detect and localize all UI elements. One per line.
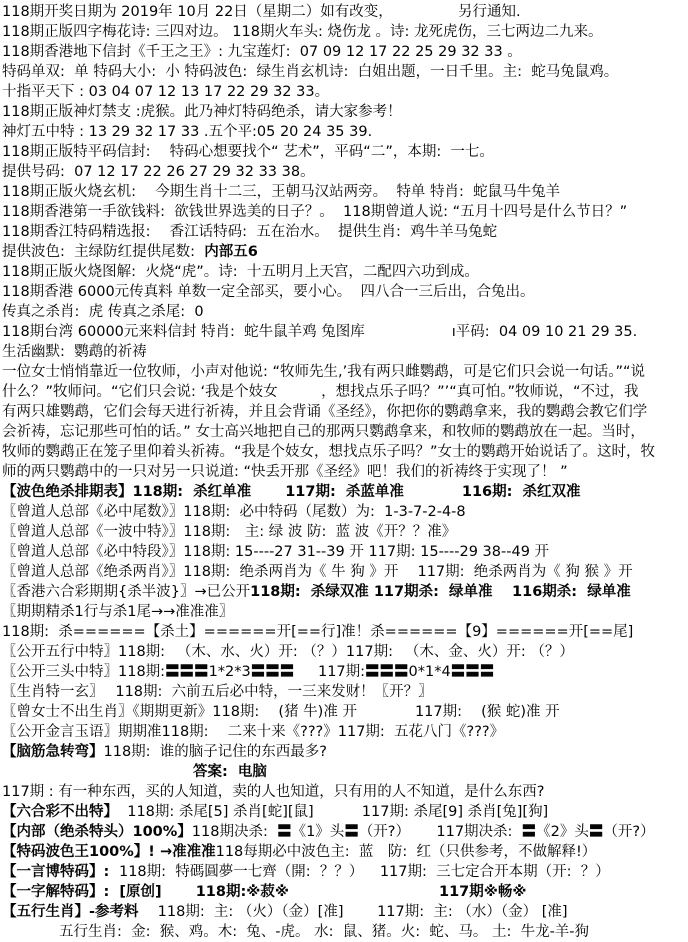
- text-segment: 118期台湾 60000元来料信封 特肖: 蛇牛鼠羊鸡 兔图库 ı平码: 04 …: [2, 324, 637, 340]
- text-line: 118期香江特码精选报: 香江话特码: 五在治水。 提供生肖: 鸡牛羊马兔蛇: [2, 222, 688, 242]
- text-segment: 〓〓〓: [365, 664, 409, 680]
- document-body: 118期开奖日期为 2019年 10月 22日（星期二）如有改变， 另行通知.1…: [2, 2, 688, 942]
- text-segment: 《1》头: [292, 824, 345, 840]
- text-segment: 【一字解特码】: [原创] 118期:※菽※ 117期※畅※: [2, 884, 526, 900]
- text-line: 〖公开三头中特〗118期:〓〓〓1*2*3〓〓〓 117期:〓〓〓0*1*4〓〓…: [2, 662, 688, 682]
- text-segment: 〖曾道人总部《必中特段》〗118期: 15----27 31--39 开 117…: [2, 544, 549, 560]
- text-segment: 【五行生肖】-参考料: [2, 904, 139, 920]
- text-segment: 118期决杀:: [192, 824, 277, 840]
- text-line: 牧师的鹦鹉正在笼子里仰着头祈祷。“我是个妓女，想找点乐子吗？”女士的鹦鹉开始说话…: [2, 442, 688, 462]
- text-segment: 117期 : 有一种东西，买的人知道，卖的人也知道，只有用的人不知道，是什么东西…: [2, 784, 544, 800]
- text-segment: 〖曾道人总部《一波中特》〗118期: 主: 绿 波 防: 蓝 波《开？？准》: [2, 524, 456, 540]
- text-segment: 答案: 电脑: [193, 764, 267, 780]
- text-segment: 1*2*3: [209, 664, 251, 680]
- text-segment: 【六合彩不出特】: [2, 804, 118, 820]
- text-segment: 118期香江特码精选报: 香江话特码: 五在治水。 提供生肖: 鸡牛羊马兔蛇: [2, 224, 497, 240]
- text-segment: 118期: 特碼圓夢一七齊（開: ？？） 117期: 三七定合开本期（开: ？）: [114, 864, 609, 880]
- text-segment: 【波色绝杀排期表】118期: 杀红单准 117期: 杀蓝单准 116期: 杀红双…: [2, 484, 581, 500]
- text-segment: 牧师的鹦鹉正在笼子里仰着头祈祷。“我是个妓女，想找点乐子吗？”女士的鹦鹉开始说话…: [2, 444, 655, 460]
- text-segment: 0*1*4: [409, 664, 451, 680]
- text-segment: 117期:: [294, 664, 365, 680]
- text-segment: 118期正版神灯禁支 :虎猴。此乃神灯特码绝杀，请大家参考！: [2, 104, 402, 120]
- text-line: 118期正版火烧图解: 火烧“虎”。诗: 十五明月上天宫，二配四六功到成。: [2, 262, 688, 282]
- text-line: 118期香港 6000元传真料 单数一定全部买，要小心。 四八合一三后出，合兔出…: [2, 282, 688, 302]
- text-segment: 〖生肖特一玄〗 118期: 六前五后必中特，一三来发财！〖开？〗: [2, 684, 433, 700]
- text-segment: 什么？”牧师问。“它们只会说: ‘我是个妓女 ，想找点乐子吗？”’“真可怕。”牧…: [2, 384, 639, 400]
- text-segment: （开?） 117期决杀:: [359, 824, 522, 840]
- text-line: 【五行生肖】-参考料 118期: 主: （火）（金）[准] 117期: 主: （…: [2, 902, 688, 922]
- text-segment: 118期: 杀绿双准 117期杀: 绿单准 116期杀: 绿单准: [250, 584, 631, 600]
- text-line: 〖生肖特一玄〗 118期: 六前五后必中特，一三来发财！〖开？〗: [2, 682, 688, 702]
- text-line: 〖公开金言玉语〗期期准118期: 二来十来《???》117期: 五花八门《???…: [2, 722, 688, 742]
- text-line: 〖曾道人总部《一波中特》〗118期: 主: 绿 波 防: 蓝 波《开？？准》: [2, 522, 688, 542]
- text-line: 118期台湾 60000元来料信封 特肖: 蛇牛鼠羊鸡 兔图库 ı平码: 04 …: [2, 322, 688, 342]
- text-segment: 〓: [522, 824, 537, 840]
- text-line: 提供波色: 主绿防红提供尾数: 内部五6: [2, 242, 688, 262]
- text-segment: 118期开奖日期为 2019年 10月 22日（星期二）如有改变， 另行通知.: [2, 4, 521, 20]
- text-line: 会祈祷，忘记那些可怕的话。” 女士高兴地把自己的那两只鹦鹉拿来，和牧师的鹦鹉放在…: [2, 422, 688, 442]
- text-segment: 《2》头: [536, 824, 589, 840]
- text-segment: 118期香港地下信封《千王之王》: 九宝莲灯: 07 09 12 17 22 2…: [2, 44, 522, 60]
- text-line: 生活幽默: 鹦鹉的祈祷: [2, 342, 688, 362]
- text-line: 提供号码: 07 12 17 22 26 27 29 32 33 38。: [2, 162, 688, 182]
- text-segment: 118期香港第一手欲钱料: 欲钱世界选美的日子？。 118期曾道人说: “五月十…: [2, 204, 627, 220]
- text-segment: 118每期必中波色主: 蓝 防: 红（只供参考，不做解释!）: [216, 844, 597, 860]
- text-segment: 〓〓〓: [165, 664, 209, 680]
- text-segment: 〖公开五行中特〗118期: （木、水、火）开: （？）117期: （木、金、火）…: [2, 644, 574, 660]
- text-segment: 118期正版火烧玄机: 今期生肖十二三，王朝马汉站两旁。 特单 特肖: 蛇鼠马牛…: [2, 184, 560, 200]
- text-line: 【脑筋急转弯】118期: 谁的脑子记住的东西最多?: [2, 742, 688, 762]
- text-segment: 神灯五中特 : 13 29 32 17 33 .五个平:05 20 24 35 …: [2, 124, 372, 140]
- text-line: 【内部（绝杀特头）100%】118期决杀: 〓《1》头〓（开?） 117期决杀:…: [2, 822, 688, 842]
- text-line: 118期正版神灯禁支 :虎猴。此乃神灯特码绝杀，请大家参考！: [2, 102, 688, 122]
- text-segment: 十指平天下 : 03 04 07 12 13 17 22 29 32 33。: [2, 84, 329, 100]
- text-line: 神灯五中特 : 13 29 32 17 33 .五个平:05 20 24 35 …: [2, 122, 688, 142]
- text-segment: 〖曾道人总部《绝杀两肖》〗118期: 绝杀两肖为《 牛 狗 》开 117期: 绝…: [2, 564, 633, 580]
- text-segment: 传真之杀肖: 虎 传真之杀尾: 0: [2, 304, 204, 320]
- text-line: 〖香港六合彩期期{杀半波}〗→已公开118期: 杀绿双准 117期杀: 绿单准 …: [2, 582, 688, 602]
- text-line: 〖期期精杀1行与杀1尾→→准准准〗: [2, 602, 688, 622]
- text-segment: 〖曾女士不出生肖〗《期期更新》118期: (猪 牛)准 开 117期: (猴 蛇…: [2, 704, 560, 720]
- text-line: 〖曾女士不出生肖〗《期期更新》118期: (猪 牛)准 开 117期: (猴 蛇…: [2, 702, 688, 722]
- text-segment: 〖香港六合彩期期{杀半波}〗→已公开: [2, 584, 250, 600]
- text-segment: 〓: [344, 824, 359, 840]
- text-segment: 提供波色: 主绿防红提供尾数:: [2, 244, 204, 260]
- text-segment: 会祈祷，忘记那些可怕的话。” 女士高兴地把自己的那两只鹦鹉拿来，和牧师的鹦鹉放在…: [2, 424, 645, 440]
- text-line: 118期正版四字梅花诗: 三四对边。 118期火车头: 烧伤龙 。诗: 龙死虎伤…: [2, 22, 688, 42]
- text-segment: 〖期期精杀1行与杀1尾→→准准准〗: [2, 604, 233, 620]
- text-segment: 118期: 谁的脑子记住的东西最多?: [104, 744, 327, 760]
- text-line: 〖曾道人总部《绝杀两肖》〗118期: 绝杀两肖为《 牛 狗 》开 117期: 绝…: [2, 562, 688, 582]
- text-line: 118期香港第一手欲钱料: 欲钱世界选美的日子？。 118期曾道人说: “五月十…: [2, 202, 688, 222]
- text-line: 〖曾道人总部《必中特段》〗118期: 15----27 31--39 开 117…: [2, 542, 688, 562]
- text-line: 师的两只鹦鹉中的一只对另一只说道: “快丢开那《圣经》吧！我们的祈祷终于实现了！…: [2, 462, 688, 482]
- text-line: 118期: 杀======【杀土】======开[==行]准！杀======【9…: [2, 622, 688, 642]
- text-segment: 内部五6: [204, 244, 258, 260]
- text-line: 五行生肖: 金: 猴、鸡。木: 兔、-虎。 水: 鼠、猪。火: 蛇、马。 土: …: [2, 922, 688, 942]
- text-line: 【一言博特码】: 118期: 特碼圓夢一七齊（開: ？？） 117期: 三七定合…: [2, 862, 688, 882]
- text-segment: 〓〓〓: [451, 664, 495, 680]
- text-line: 答案: 电脑: [2, 762, 688, 782]
- text-segment: 一位女士悄悄靠近一位牧师，小声对他说: “牧师先生,’我有两只雌鹦鹉，可是它们只…: [2, 364, 645, 380]
- text-line: 特码单双: 单 特码大小: 小 特码波色: 绿生肖玄机诗: 白姐出题，一日千里。…: [2, 62, 688, 82]
- text-segment: 118期正版特平码信封: 特码心想要找个“ 艺术”，平码“二”，本期: 一七。: [2, 144, 494, 160]
- text-segment: 118期: 主: （火）（金）[准] 117期: 主: （水）（金） [准]: [139, 904, 568, 920]
- text-line: 117期 : 有一种东西，买的人知道，卖的人也知道，只有用的人不知道，是什么东西…: [2, 782, 688, 802]
- text-line: 【特码波色王100%】! →准准准118每期必中波色主: 蓝 防: 红（只供参考…: [2, 842, 688, 862]
- text-segment: 提供号码: 07 12 17 22 26 27 29 32 33 38。: [2, 164, 315, 180]
- text-segment: 特码单双: 单 特码大小: 小 特码波色: 绿生肖玄机诗: 白姐出题，一日千里。…: [2, 64, 618, 80]
- text-line: 118期开奖日期为 2019年 10月 22日（星期二）如有改变， 另行通知.: [2, 2, 688, 22]
- text-segment: 118期正版火烧图解: 火烧“虎”。诗: 十五明月上天宫，二配四六功到成。: [2, 264, 479, 280]
- lottery-tips-document: 118期开奖日期为 2019年 10月 22日（星期二）如有改变， 另行通知.1…: [0, 0, 688, 942]
- text-line: 传真之杀肖: 虎 传真之杀尾: 0: [2, 302, 688, 322]
- text-segment: 【脑筋急转弯】: [2, 744, 104, 760]
- text-segment: 〓: [277, 824, 292, 840]
- text-line: 一位女士悄悄靠近一位牧师，小声对他说: “牧师先生,’我有两只雌鹦鹉，可是它们只…: [2, 362, 688, 382]
- text-line: 什么？”牧师问。“它们只会说: ‘我是个妓女 ，想找点乐子吗？”’“真可怕。”牧…: [2, 382, 688, 402]
- text-segment: 【一言博特码】:: [2, 864, 114, 880]
- text-segment: 118期: 杀尾[5] 杀肖[蛇][鼠] 117期: 杀尾[9] 杀肖[兔][狗…: [118, 804, 548, 820]
- text-line: 118期正版火烧玄机: 今期生肖十二三，王朝马汉站两旁。 特单 特肖: 蛇鼠马牛…: [2, 182, 688, 202]
- text-line: 118期香港地下信封《千王之王》: 九宝莲灯: 07 09 12 17 22 2…: [2, 42, 688, 62]
- text-segment: 有两只雄鹦鹉，它们会每天进行祈祷，并且会背诵《圣经》，你把你的鹦鹉拿来，我的鹦鹉…: [2, 404, 647, 420]
- text-segment: 【特码波色王100%】! →准准准: [2, 844, 216, 860]
- text-segment: 五行生肖: 金: 猴、鸡。木: 兔、-虎。 水: 鼠、猪。火: 蛇、马。 土: …: [59, 924, 589, 940]
- text-segment: 〓: [589, 824, 604, 840]
- text-segment: 〖公开三头中特〗118期:: [2, 664, 165, 680]
- text-segment: 〓〓〓: [251, 664, 295, 680]
- text-line: 118期正版特平码信封: 特码心想要找个“ 艺术”，平码“二”，本期: 一七。: [2, 142, 688, 162]
- text-line: 十指平天下 : 03 04 07 12 13 17 22 29 32 33。: [2, 82, 688, 102]
- text-segment: 师的两只鹦鹉中的一只对另一只说道: “快丢开那《圣经》吧！我们的祈祷终于实现了！…: [2, 464, 568, 480]
- text-segment: 生活幽默: 鹦鹉的祈祷: [2, 344, 147, 360]
- text-segment: 〖曾道人总部《必中尾数》〗118期: 必中特码（尾数）为: 1-3-7-2-4-…: [2, 504, 466, 520]
- text-line: 【六合彩不出特】 118期: 杀尾[5] 杀肖[蛇][鼠] 117期: 杀尾[9…: [2, 802, 688, 822]
- text-line: 【一字解特码】: [原创] 118期:※菽※ 117期※畅※: [2, 882, 688, 902]
- text-line: 有两只雄鹦鹉，它们会每天进行祈祷，并且会背诵《圣经》，你把你的鹦鹉拿来，我的鹦鹉…: [2, 402, 688, 422]
- text-segment: 118期正版四字梅花诗: 三四对边。 118期火车头: 烧伤龙 。诗: 龙死虎伤…: [2, 24, 603, 40]
- text-segment: 118期: 杀======【杀土】======开[==行]准！杀======【9…: [2, 624, 633, 640]
- text-segment: 【内部（绝杀特头）100%】: [2, 824, 192, 840]
- text-line: 【波色绝杀排期表】118期: 杀红单准 117期: 杀蓝单准 116期: 杀红双…: [2, 482, 688, 502]
- text-line: 〖公开五行中特〗118期: （木、水、火）开: （？）117期: （木、金、火）…: [2, 642, 688, 662]
- text-line: 〖曾道人总部《必中尾数》〗118期: 必中特码（尾数）为: 1-3-7-2-4-…: [2, 502, 688, 522]
- text-segment: （开?）: [603, 824, 654, 840]
- text-segment: 118期香港 6000元传真料 单数一定全部买，要小心。 四八合一三后出，合兔出…: [2, 284, 535, 300]
- text-segment: 〖公开金言玉语〗期期准118期: 二来十来《???》117期: 五花八门《???…: [2, 724, 504, 740]
